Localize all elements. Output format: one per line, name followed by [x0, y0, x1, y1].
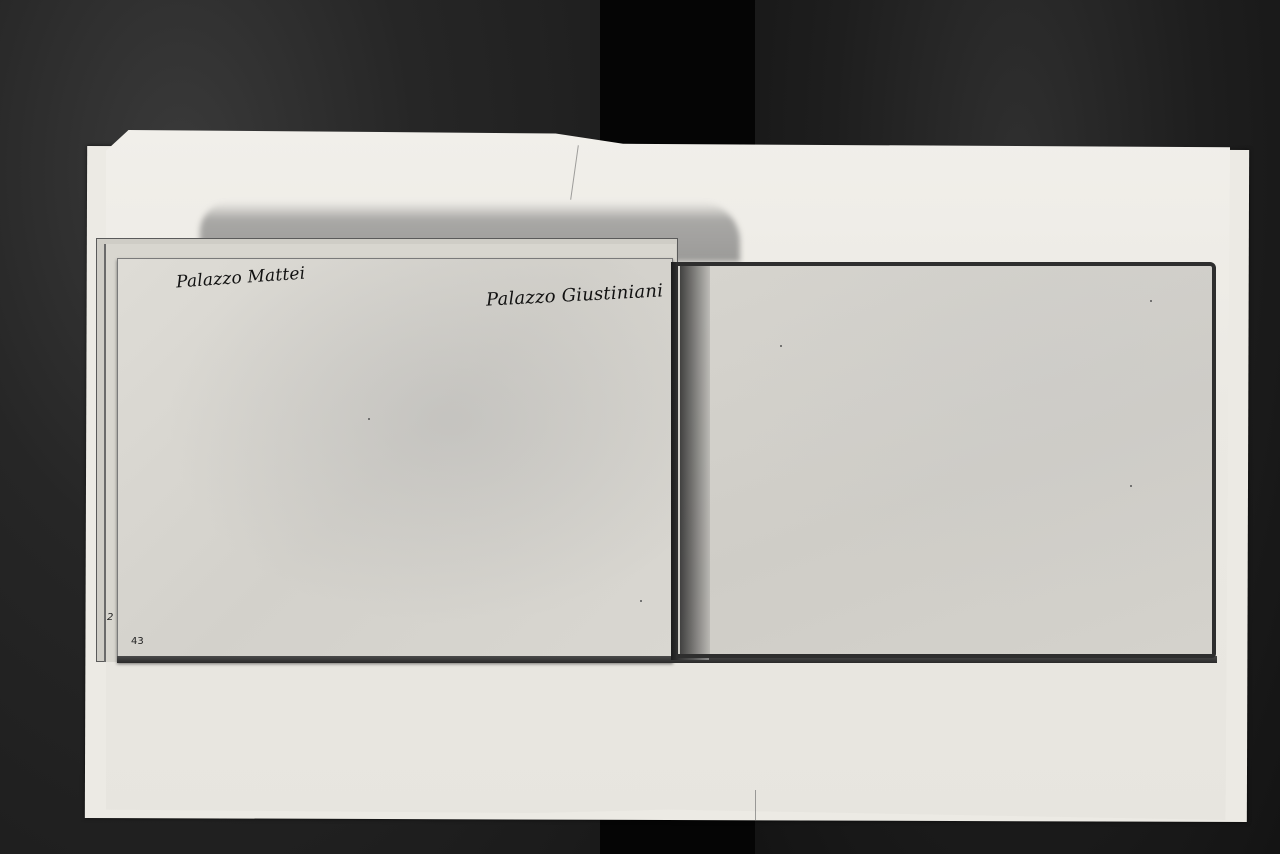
- paper-speck: [368, 418, 370, 420]
- paper-speck: [1150, 300, 1152, 302]
- paper-speck: [640, 600, 642, 602]
- paper-speck: [780, 345, 782, 347]
- paper-crease: [755, 790, 756, 820]
- page-number: 43: [131, 636, 144, 647]
- paper-speck: [1130, 485, 1132, 487]
- sketchbook-right-page: [676, 262, 1216, 658]
- sketchbook-left-page: [117, 258, 673, 662]
- page-number-under: 2: [107, 612, 113, 623]
- gutter-shadow: [680, 266, 710, 654]
